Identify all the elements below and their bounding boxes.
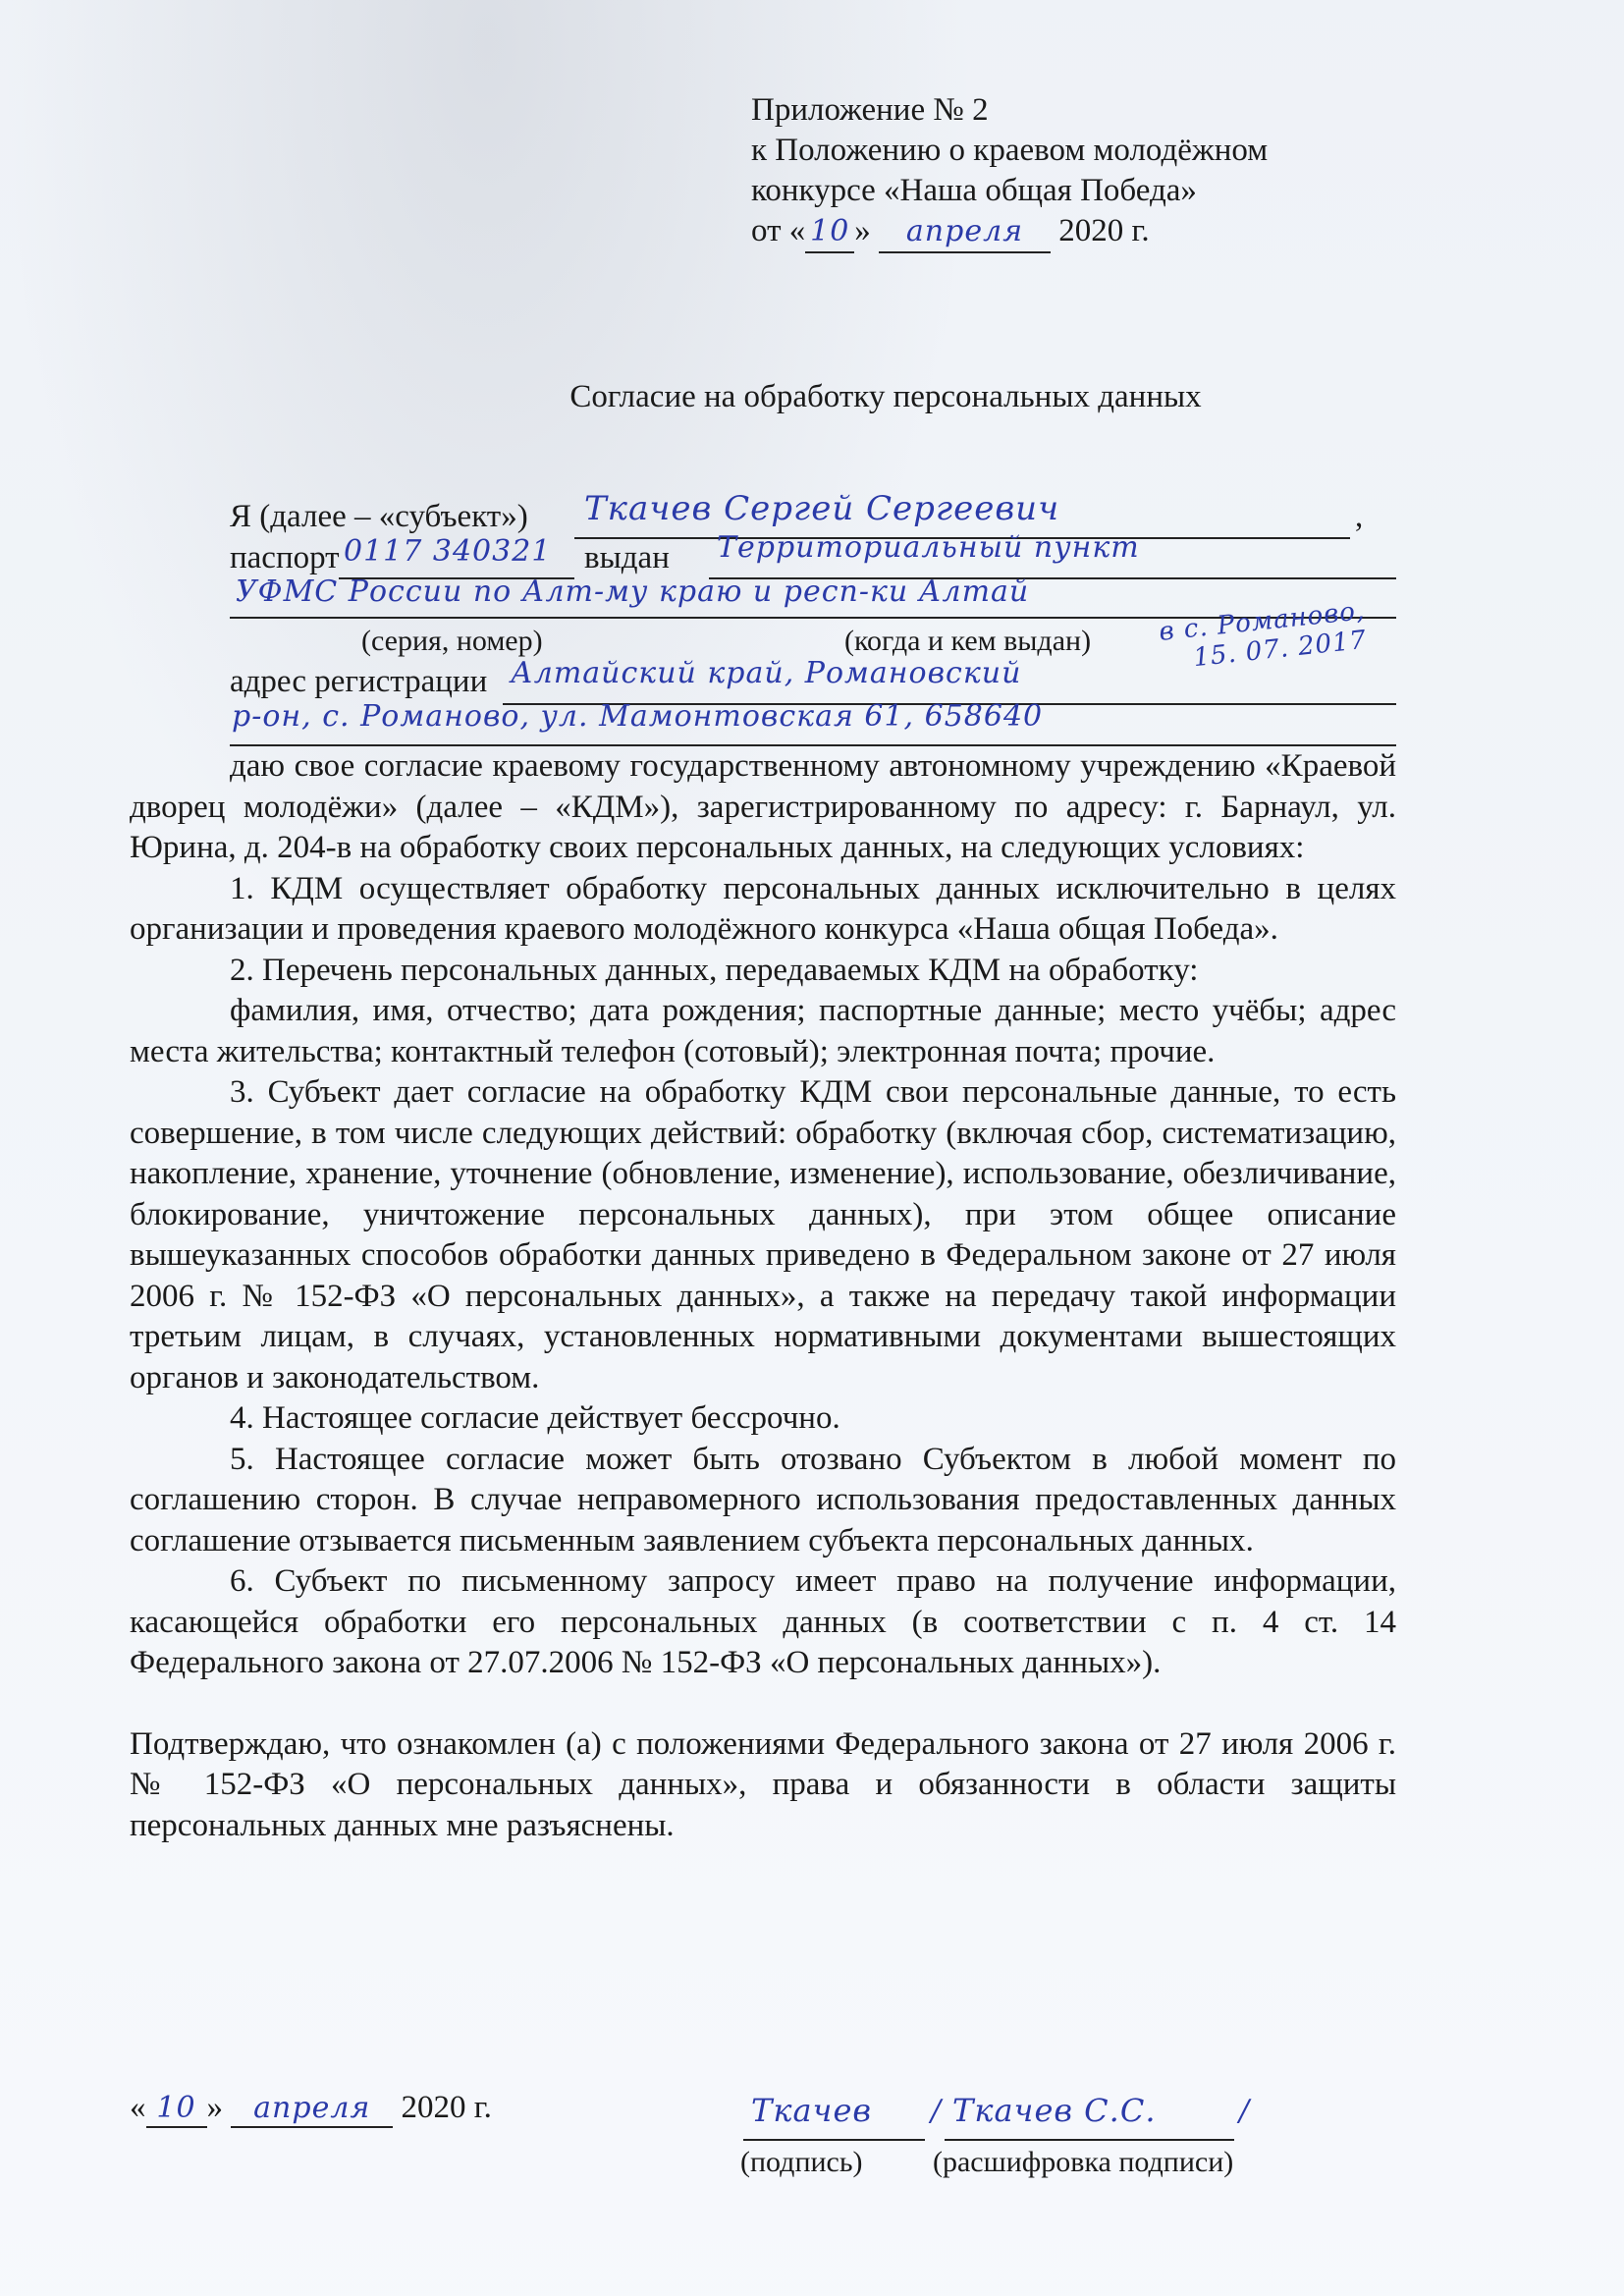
decoding-line [945, 2139, 1234, 2141]
signature-date-day: 10 [156, 2091, 195, 2125]
caption-signature: (подпись) [740, 2146, 863, 2179]
signature-date-month: апреля [253, 2091, 370, 2125]
signature-separator-2: / [1239, 2094, 1250, 2128]
document-page: Приложение № 2 к Положению о краевом мол… [0, 0, 1624, 2296]
consent-body: даю свое согласие краевому государственн… [130, 746, 1396, 1846]
signature-date: «10» апреля 2020 г. [130, 2090, 492, 2128]
consent-item-2-list: фамилия, имя, отчество; дата рождения; п… [130, 991, 1396, 1072]
address-label: адрес регистрации [230, 664, 487, 700]
caption-decoding: (расшифровка подписи) [933, 2146, 1233, 2179]
caption-series-number: (серия, номер) [361, 625, 543, 658]
subject-name-field: Ткачев Сергей Сергеевич [584, 489, 1059, 528]
appendix-header: Приложение № 2 к Положению о краевом мол… [751, 90, 1268, 253]
passport-label: паспорт [230, 540, 340, 576]
subject-comma: , [1355, 499, 1363, 535]
appendix-number: Приложение № 2 [751, 90, 1268, 131]
issued-by-field-line2: УФМС России по Алт-му краю и респ-ки Алт… [236, 574, 1029, 609]
consent-item-5: 5. Настоящее согласие может быть отозван… [130, 1440, 1396, 1562]
caption-issued: (когда и кем выдан) [844, 625, 1091, 658]
appendix-reference: к Положению о краевом молодёжном [751, 131, 1268, 171]
subject-label: Я (далее – «субъект») [230, 499, 528, 535]
issued-by-field-line1: Территориальный пункт [717, 530, 1140, 565]
confirmation-paragraph: Подтверждаю, что ознакомлен (а) с положе… [130, 1724, 1396, 1847]
consent-item-1: 1. КДМ осуществляет обработку персональн… [130, 869, 1396, 951]
passport-number-field: 0117 340321 [344, 534, 551, 569]
appendix-contest: конкурсе «Наша общая Победа» [751, 171, 1268, 211]
signature-line [743, 2139, 925, 2141]
address-field-line2: р-он, с. Романово, ул. Мамонтовская 61, … [232, 699, 1043, 734]
page-title: Согласие на обработку персональных данны… [0, 379, 1624, 415]
signature-decoding-field: Ткачев С.С. [952, 2092, 1156, 2129]
signature-field: Ткачев [751, 2092, 872, 2129]
appendix-date-month: апреля [906, 214, 1023, 248]
consent-intro: даю свое согласие краевому государственн… [130, 746, 1396, 869]
issued-label: выдан [584, 540, 670, 576]
address-field-line1: Алтайский край, Романовский [511, 656, 1021, 690]
consent-item-4: 4. Настоящее согласие действует бессрочн… [130, 1398, 1396, 1440]
consent-item-6: 6. Субъект по письменному запросу имеет … [130, 1561, 1396, 1684]
consent-item-2: 2. Перечень персональных данных, передав… [130, 951, 1396, 992]
signature-separator-1: / [931, 2094, 942, 2128]
appendix-date-day: 10 [810, 214, 849, 248]
consent-item-3: 3. Субъект дает согласие на обработку КД… [130, 1072, 1396, 1398]
appendix-date: от «10» апреля 2020 г. [751, 211, 1268, 253]
